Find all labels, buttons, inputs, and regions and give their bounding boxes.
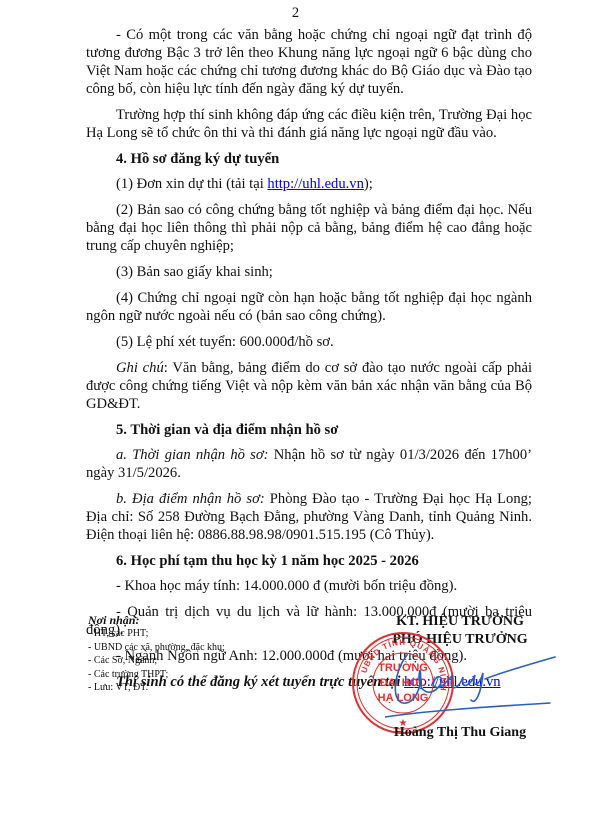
section-4-heading: 4. Hồ sơ đăng ký dự tuyển [86, 150, 532, 168]
recipient-item: - Lưu: VT, ĐT. [88, 681, 225, 695]
note-label: Ghi chú [116, 360, 164, 376]
section-4-item-3: (3) Bản sao giấy khai sinh; [86, 263, 532, 281]
signature-title-1: KT. HIỆU TRƯỞNG [360, 613, 560, 631]
paragraph-exam-alternative: Trường hợp thí sinh không đáp ứng các đi… [86, 106, 532, 142]
handwritten-signature-icon [385, 645, 565, 725]
section-5-heading: 5. Thời gian và địa điểm nhận hồ sơ [86, 421, 532, 439]
section-5-location: b. Địa điểm nhận hồ sơ: Phòng Đào tạo - … [86, 490, 532, 544]
paragraph-language-requirement: - Có một trong các văn bằng hoặc chứng c… [86, 26, 532, 98]
fee-item: - Khoa học máy tính: 14.000.000 đ (mười … [86, 577, 532, 595]
section-4-note: Ghi chú: Văn bằng, bảng điểm do cơ sở đà… [86, 359, 532, 413]
time-label: a. Thời gian nhận hồ sơ: [116, 447, 269, 463]
recipient-item: - UBND các xã, phường, đặc khu; [88, 641, 225, 655]
section-6-heading: 6. Học phí tạm thu học kỳ 1 năm học 2025… [86, 552, 532, 570]
document-body: - Có một trong các văn bằng hoặc chứng c… [86, 26, 532, 699]
item-text: ); [364, 176, 373, 192]
uhl-link[interactable]: http://uhl.edu.vn [267, 176, 363, 192]
page-number: 2 [0, 4, 591, 22]
recipient-item: - Các trường THPT; [88, 668, 225, 682]
signer-name: Hoàng Thị Thu Giang [360, 725, 560, 741]
recipient-item: - Các Sở, Ngành; [88, 654, 225, 668]
section-4-item-2: (2) Bản sao có công chứng bằng tốt nghiệ… [86, 201, 532, 255]
section-4-item-1: (1) Đơn xin dự thi (tải tại http://uhl.e… [86, 175, 532, 193]
location-label: b. Địa điểm nhận hồ sơ: [116, 491, 265, 507]
recipients-title: Nơi nhận: [88, 613, 225, 627]
recipients-block: Nơi nhận: - HT, các PHT; - UBND các xã, … [88, 613, 225, 695]
recipient-item: - HT, các PHT; [88, 627, 225, 641]
section-4-item-5: (5) Lệ phí xét tuyển: 600.000đ/hồ sơ. [86, 333, 532, 351]
item-text: (1) Đơn xin dự thi (tải tại [116, 176, 267, 192]
section-4-item-4: (4) Chứng chỉ ngoại ngữ còn hạn hoặc bằn… [86, 289, 532, 325]
section-5-time: a. Thời gian nhận hồ sơ: Nhận hồ sơ từ n… [86, 446, 532, 482]
